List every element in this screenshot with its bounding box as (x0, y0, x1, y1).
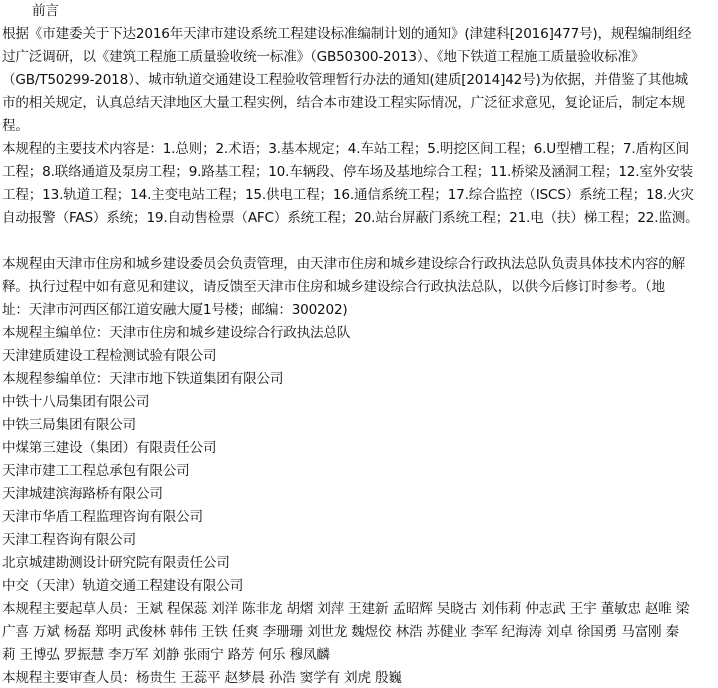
participating-unit: 中煤第三建设（集团）有限责任公司 (2, 437, 718, 460)
text-line: 广喜 万斌 杨磊 郑明 武俊林 韩伟 王铁 任爽 李珊珊 刘世龙 魏煜佼 林浩 … (2, 621, 718, 644)
text-line: 莉 王博弘 罗振慧 李万军 刘静 张雨宁 路芳 何乐 穆凤麟 (2, 644, 718, 667)
text-line: 过广泛调研，以《建筑工程施工质量验收统一标准》（GB50300-2013）、《地… (2, 46, 718, 69)
chief-editor-label: 本规程主编单位：天津市住房和城乡建设综合行政执法总队 (2, 322, 718, 345)
participating-unit: 天津城建滨海路桥有限公司 (2, 483, 718, 506)
text-line: 释。执行过程中如有意见和建议，请反馈至天津市住房和城乡建设综合行政执法总队，以供… (2, 276, 718, 299)
text-line: 市的相关规定，认真总结天津地区大量工程实例，结合本市建设工程实际情况，广泛征求意… (2, 92, 718, 115)
participating-label: 本规程参编单位：天津市地下铁道集团有限公司 (2, 368, 718, 391)
participating-unit: 北京城建勘测设计研究院有限责任公司 (2, 552, 718, 575)
drafters-paragraph: 本规程主要起草人员：王斌 程保蕊 刘洋 陈非龙 胡熠 刘萍 王建新 孟昭辉 吴晓… (2, 598, 718, 667)
text-line: 自动报警（FAS）系统；19.自动售检票（AFC）系统工程；20.站台屏蔽门系统… (2, 207, 718, 230)
text-line: （GB/T50299-2018）、城市轨道交通建设工程验收管理暂行办法的通知(建… (2, 69, 718, 92)
text-line: 程。 (2, 115, 718, 138)
participating-unit: 中铁十八局集团有限公司 (2, 391, 718, 414)
text-line: 本规程主要起草人员：王斌 程保蕊 刘洋 陈非龙 胡熠 刘萍 王建新 孟昭辉 吴晓… (2, 598, 718, 621)
management-paragraph: 本规程由天津市住房和城乡建设委员会负责管理，由天津市住房和城乡建设综合行政执法总… (2, 253, 718, 322)
text-line: 址：天津市河西区郁江道安融大厦1号楼；邮编：300202) (2, 299, 718, 322)
document-page: 前言 根据《市建委关于下达2016年天津市建设系统工程建设标准编制计划的通知》(… (0, 0, 718, 688)
participating-unit: 中交（天津）轨道交通工程建设有限公司 (2, 575, 718, 598)
text-line: 根据《市建委关于下达2016年天津市建设系统工程建设标准编制计划的通知》(津建科… (2, 23, 718, 46)
intro-paragraph: 根据《市建委关于下达2016年天津市建设系统工程建设标准编制计划的通知》(津建科… (2, 23, 718, 138)
reviewers-line: 本规程主要审查人员：杨贵生 王蕊平 赵梦晨 孙浩 窦学有 刘虎 殷巍 (2, 667, 718, 688)
document-heading: 前言 (2, 0, 718, 23)
text-line: 工程；13.轨道工程；14.主变电站工程；15.供电工程；16.通信系统工程；1… (2, 184, 718, 207)
text-line: 工程；8.联络通道及泵房工程；9.路基工程；10.车辆段、停车场及基地综合工程；… (2, 161, 718, 184)
participating-unit: 天津市华盾工程监理咨询有限公司 (2, 506, 718, 529)
blank-line (2, 230, 718, 253)
text-line: 本规程的主要技术内容是：1.总则；2.术语；3.基本规定；4.车站工程；5.明挖… (2, 138, 718, 161)
participating-unit: 天津市建工工程总承包有限公司 (2, 460, 718, 483)
chief-editor-unit: 天津建质建设工程检测试验有限公司 (2, 345, 718, 368)
participating-unit: 天津工程咨询有限公司 (2, 529, 718, 552)
text-line: 本规程由天津市住房和城乡建设委员会负责管理，由天津市住房和城乡建设综合行政执法总… (2, 253, 718, 276)
technical-content-paragraph: 本规程的主要技术内容是：1.总则；2.术语；3.基本规定；4.车站工程；5.明挖… (2, 138, 718, 230)
participating-unit: 中铁三局集团有限公司 (2, 414, 718, 437)
